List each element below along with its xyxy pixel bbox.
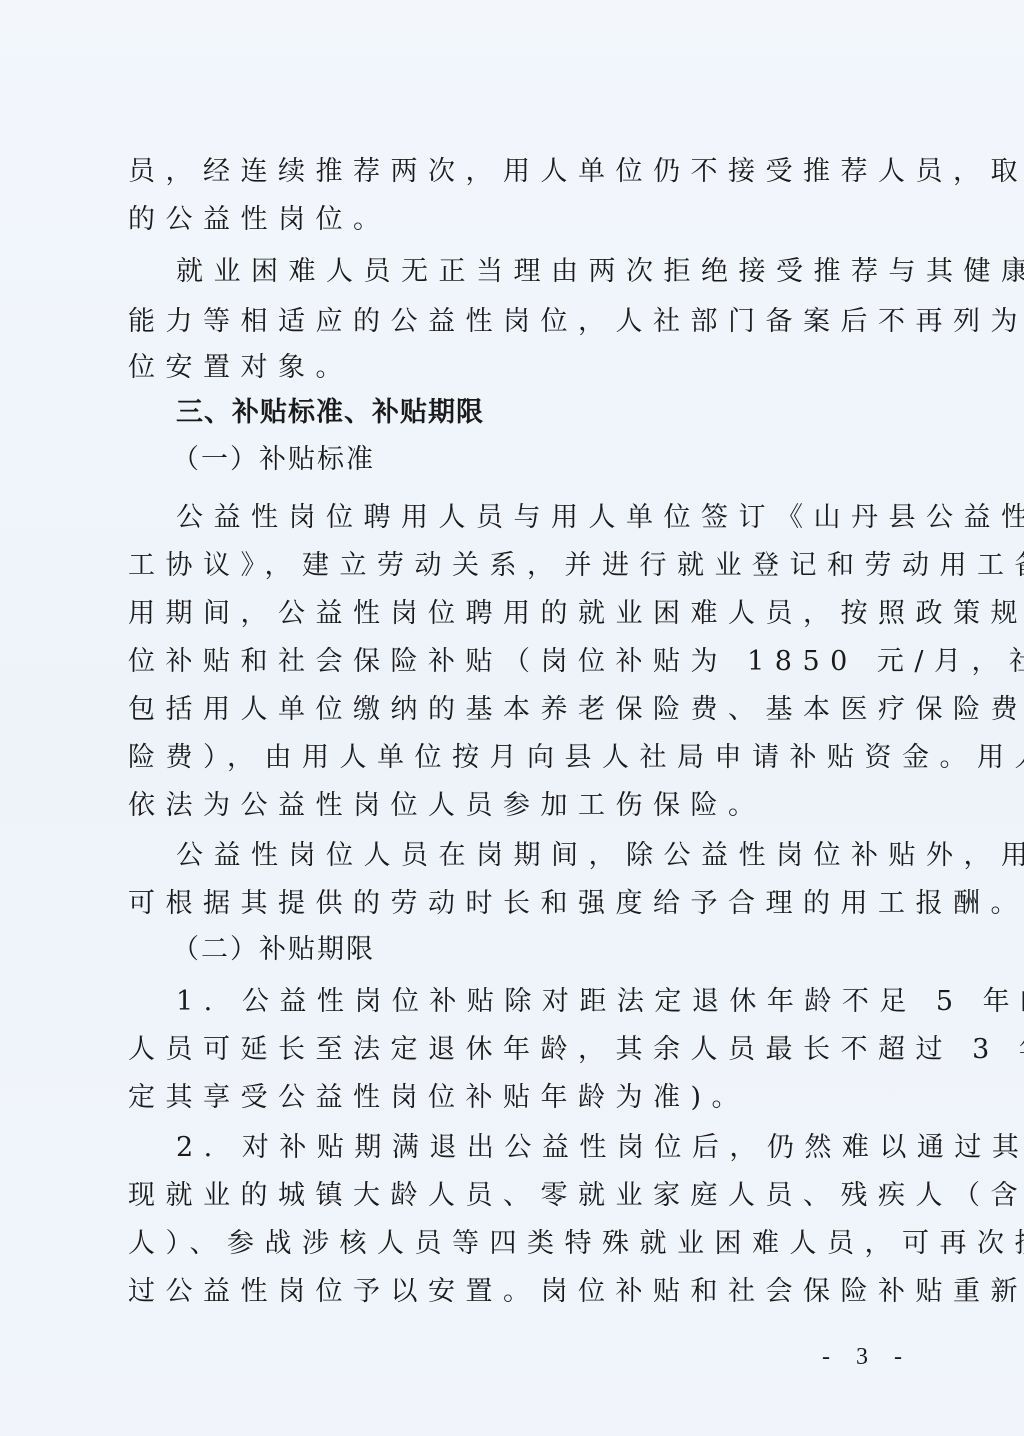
paragraph-line: 公益性岗位人员在岗期间，除公益性岗位补贴外，用人单位 [176, 836, 918, 876]
list-item-line: 人）、参战涉核人员等四类特殊就业困难人员，可再次按程序通 [128, 1224, 918, 1264]
list-item-line: 定其享受公益性岗位补贴年龄为准)。 [128, 1078, 918, 1118]
list-item-line: 1. 公益性岗位补贴除对距法定退休年龄不足 5 年的就业困难 [176, 982, 918, 1022]
subsection-heading-subsidy-standard: （一）补贴标准 [172, 440, 914, 480]
paragraph-line: 用期间，公益性岗位聘用的就业困难人员，按照政策规定享受岗 [128, 594, 918, 634]
paragraph-line: 依法为公益性岗位人员参加工伤保险。 [128, 786, 918, 826]
document-page: 员，经连续推荐两次，用人单位仍不接受推荐人员，取消其开发 的公益性岗位。 就业困… [0, 0, 1024, 1436]
paragraph-line: 员，经连续推荐两次，用人单位仍不接受推荐人员，取消其开发 [128, 152, 918, 192]
page-number: - 3 - [822, 1344, 912, 1371]
paragraph-line: 的公益性岗位。 [128, 200, 918, 240]
paragraph-line: 险费），由用人单位按月向县人社局申请补贴资金。用人单位应 [128, 738, 918, 778]
paragraph-line: 位安置对象。 [128, 348, 918, 388]
paragraph-line: 工协议》，建立劳动关系，并进行就业登记和劳动用工备案。聘 [128, 546, 918, 586]
subsection-heading-subsidy-period: （二）补贴期限 [172, 930, 914, 970]
paragraph-line: 能力等相适应的公益性岗位，人社部门备案后不再列为公益性岗 [128, 302, 918, 342]
list-item-line: 现就业的城镇大龄人员、零就业家庭人员、残疾人（含重度残疾 [128, 1176, 918, 1216]
section-heading: 三、补贴标准、补贴期限 [176, 393, 918, 433]
list-item-line: 人员可延长至法定退休年龄，其余人员最长不超过 3 年(以初次核 [128, 1030, 918, 1070]
list-item-line: 2. 对补贴期满退出公益性岗位后，仍然难以通过其他渠道实 [176, 1128, 918, 1168]
paragraph-line: 可根据其提供的劳动时长和强度给予合理的用工报酬。 [128, 884, 918, 924]
list-item-line: 过公益性岗位予以安置。岗位补贴和社会保险补贴重新计算，累 [128, 1272, 918, 1312]
paragraph-line: 公益性岗位聘用人员与用人单位签订《山丹县公益性岗位用 [176, 498, 918, 538]
paragraph-line: 就业困难人员无正当理由两次拒绝接受推荐与其健康、劳动 [176, 252, 918, 292]
paragraph-line: 位补贴和社会保险补贴（岗位补贴为 1850 元/月，社会保险补贴 [128, 642, 918, 682]
paragraph-line: 包括用人单位缴纳的基本养老保险费、基本医疗保险费和失业保 [128, 690, 918, 730]
